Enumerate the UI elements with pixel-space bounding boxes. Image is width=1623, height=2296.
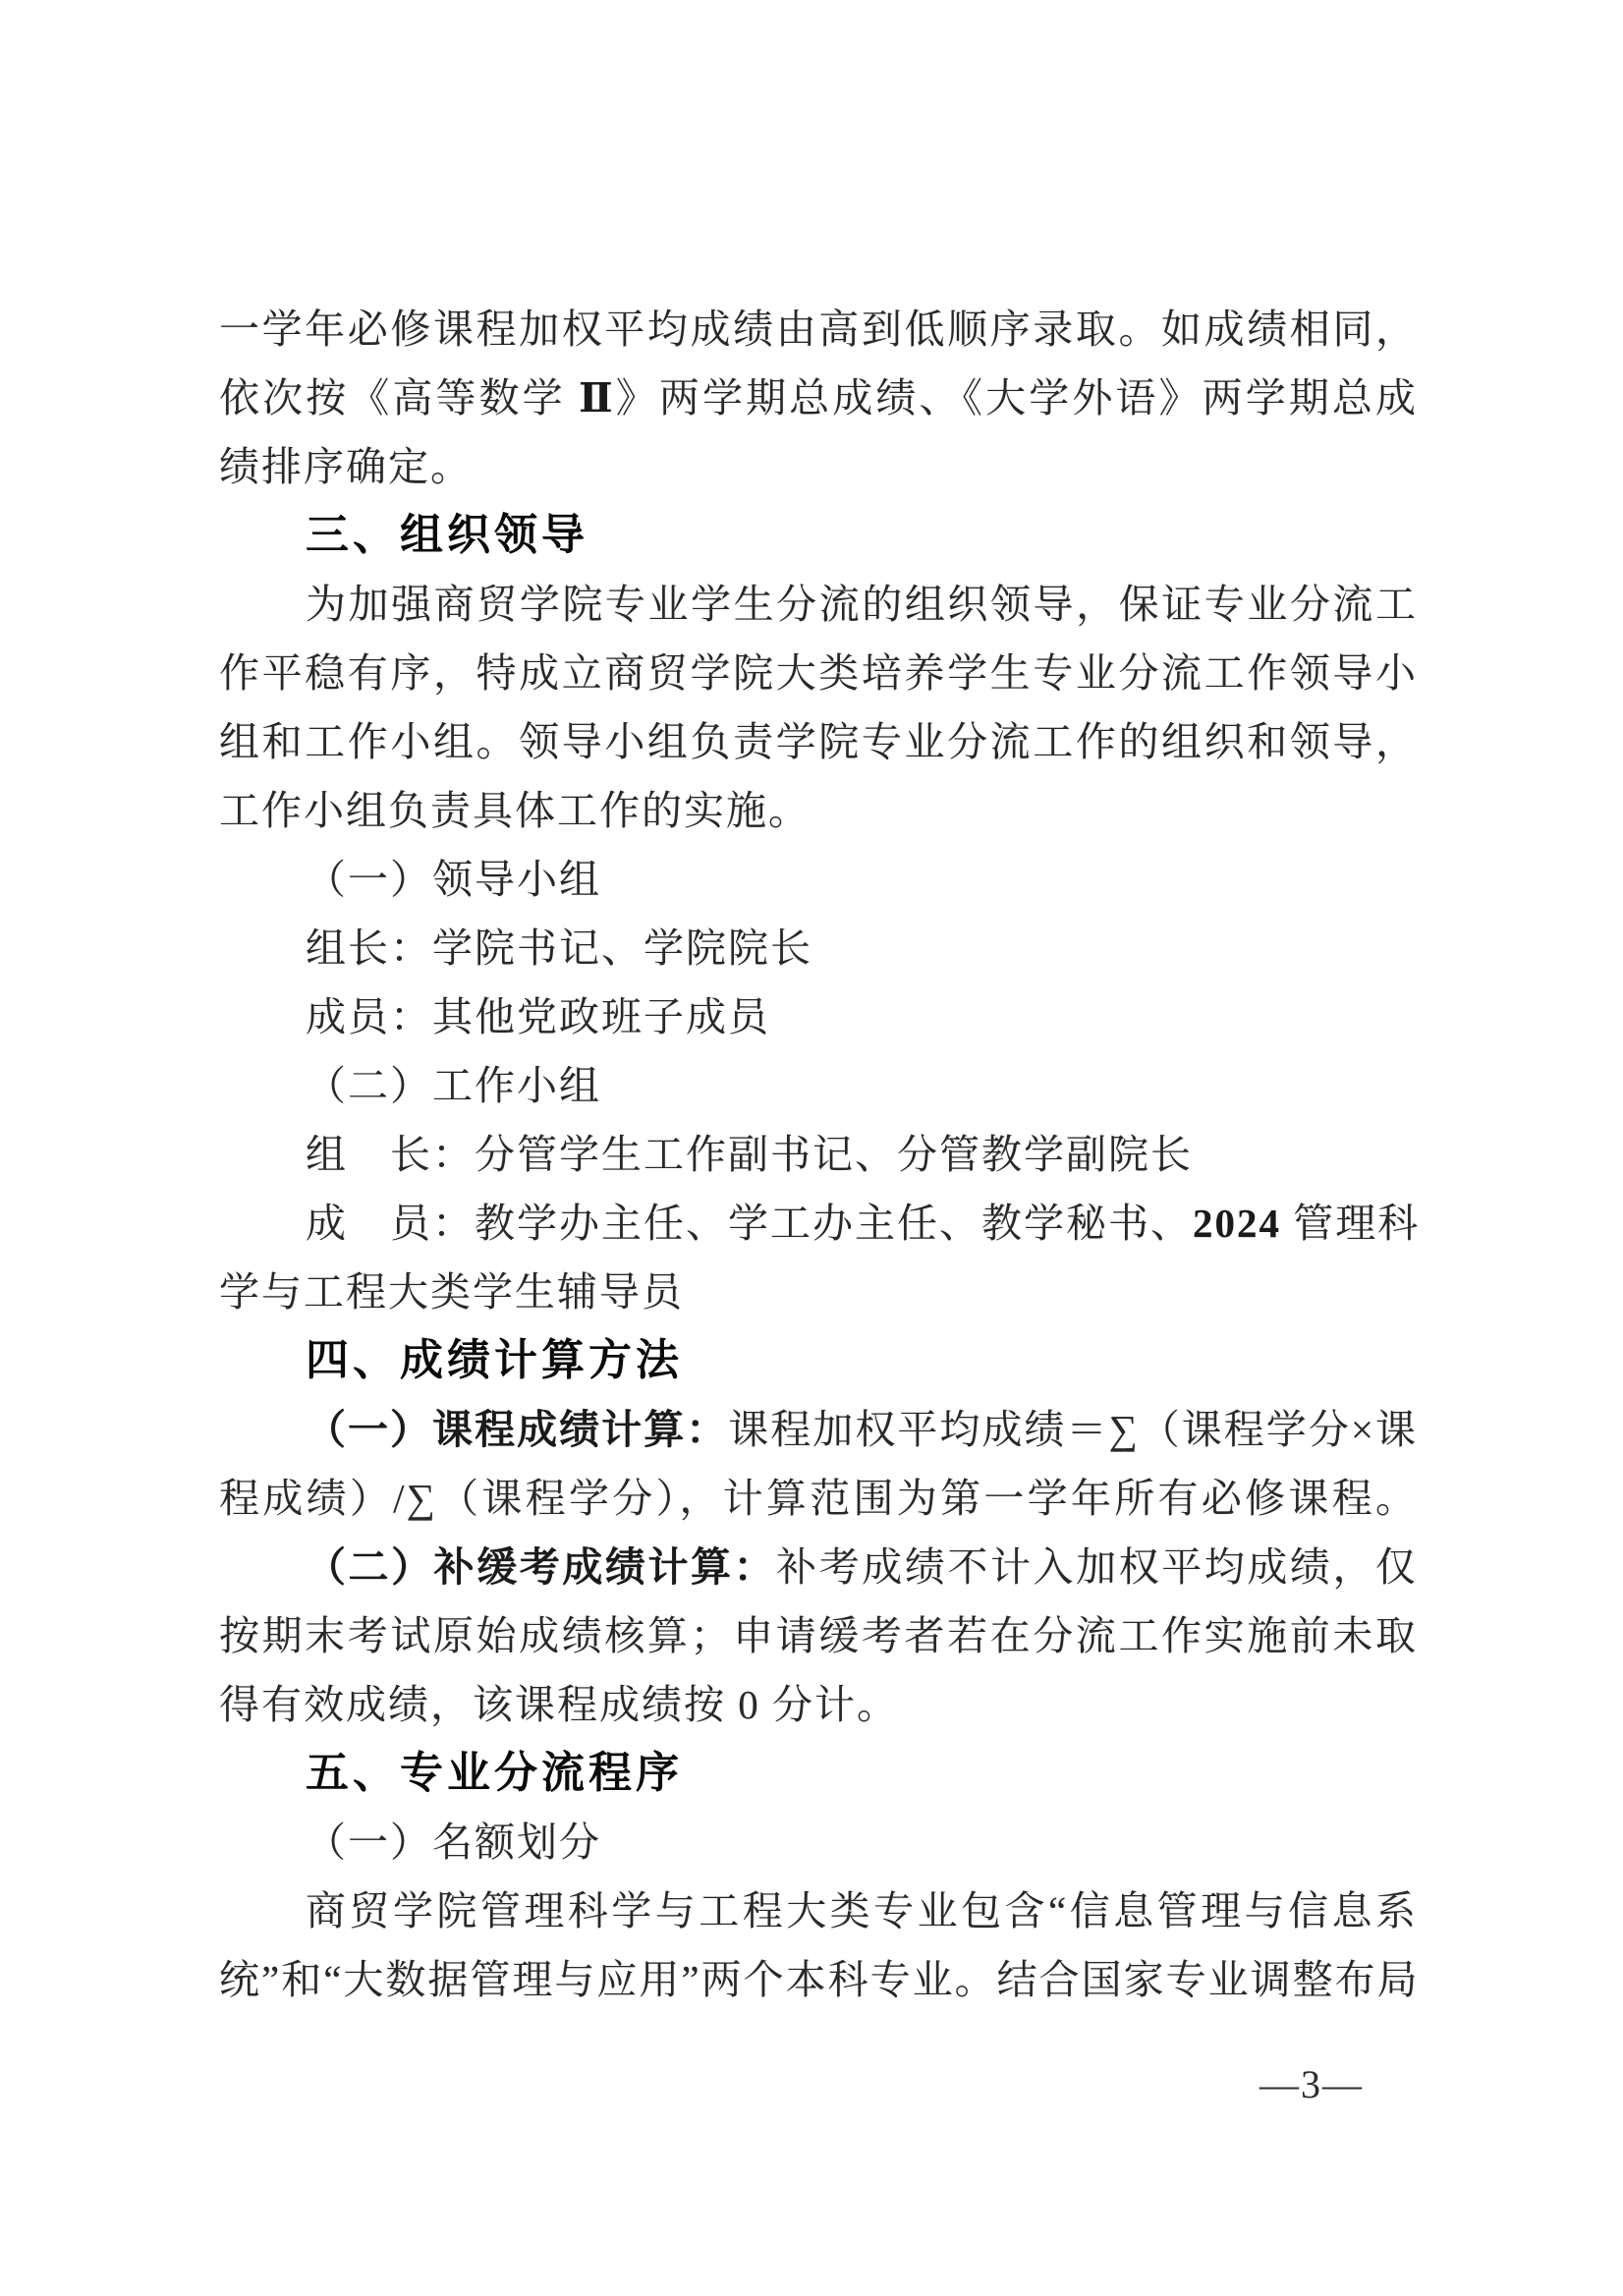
text-line: （一）课程成绩计算：课程加权平均成绩＝∑（课程学分×课 [219,1395,1418,1464]
text-segment: 2024 [1193,1201,1281,1246]
text-line: 程成绩）/∑（课程学分），计算范围为第一学年所有必修课程。 [219,1464,1418,1533]
text-segment: 成 员：教学办主任、学工办主任、教学秘书、 [306,1201,1193,1246]
text-segment: （二）工作小组 [306,1063,601,1108]
text-line: 组和工作小组。领导小组负责学院专业分流工作的组织和领导， [219,707,1418,776]
text-segment: Ⅱ [579,375,616,420]
text-segment: 按期末考试原始成绩核算；申请缓考者若在分流工作实施前未取 [219,1613,1418,1658]
text-line: 组 长：分管学生工作副书记、分管教学副院长 [219,1120,1418,1189]
text-segment: 学与工程大类学生辅导员 [219,1269,684,1315]
section-heading: 五、专业分流程序 [219,1739,1418,1808]
text-segment: 课程加权平均成绩＝∑（课程学分×课 [728,1407,1418,1452]
text-line: 作平稳有序，特成立商贸学院大类培养学生专业分流工作领导小 [219,639,1418,707]
text-segment: 统”和“大数据管理与应用”两个本科专业。结合国家专业调整布局 [219,1957,1420,2002]
page-number: —3— [1259,2061,1364,2108]
text-segment: 绩排序确定。 [219,444,473,489]
text-segment: 组长：学院书记、学院院长 [306,925,812,971]
section-heading: 三、组织领导 [219,501,1418,570]
text-line: 成 员：教学办主任、学工办主任、教学秘书、2024 管理科 [219,1189,1418,1258]
text-segment: 为加强商贸学院专业学生分流的组织领导，保证专业分流工 [306,582,1418,627]
text-segment: 管理科 [1281,1201,1420,1246]
text-segment: （二）补缓考成绩计算： [306,1544,776,1590]
text-segment: 工作小组负责具体工作的实施。 [219,788,811,833]
text-segment: 商贸学院管理科学与工程大类专业包含“信息管理与信息系 [306,1888,1418,1933]
text-segment: 得有效成绩，该课程成绩按 0 分计。 [219,1682,899,1727]
text-segment: 》两学期总成绩、《大学外语》两学期总成 [616,375,1418,420]
text-segment: 五、专业分流程序 [306,1749,683,1797]
text-line: 按期末考试原始成绩核算；申请缓考者若在分流工作实施前未取 [219,1601,1418,1670]
text-line: 商贸学院管理科学与工程大类专业包含“信息管理与信息系 [219,1876,1418,1945]
text-line: 得有效成绩，该课程成绩按 0 分计。 [219,1670,1418,1739]
text-segment: 依次按《高等数学 [219,375,579,420]
text-line: 学与工程大类学生辅导员 [219,1258,1418,1326]
document-page: 一学年必修课程加权平均成绩由高到低顺序录取。如成绩相同，依次按《高等数学 Ⅱ》两… [0,0,1623,2296]
text-line: 为加强商贸学院专业学生分流的组织领导，保证专业分流工 [219,570,1418,639]
text-segment: 组和工作小组。领导小组负责学院专业分流工作的组织和领导， [219,719,1418,764]
text-line: 工作小组负责具体工作的实施。 [219,776,1418,845]
text-segment: 一学年必修课程加权平均成绩由高到低顺序录取。如成绩相同， [219,307,1418,352]
text-segment: 程成绩）/∑（课程学分），计算范围为第一学年所有必修课程。 [219,1476,1418,1521]
text-segment: （一）课程成绩计算： [306,1407,728,1452]
text-line: （二）工作小组 [219,1051,1418,1120]
text-line: 成员：其他党政班子成员 [219,982,1418,1051]
text-line: 绩排序确定。 [219,432,1418,501]
text-segment: 组 长：分管学生工作副书记、分管教学副院长 [306,1132,1193,1177]
document-body: 一学年必修课程加权平均成绩由高到低顺序录取。如成绩相同，依次按《高等数学 Ⅱ》两… [219,295,1418,2014]
text-line: 依次按《高等数学 Ⅱ》两学期总成绩、《大学外语》两学期总成 [219,364,1418,432]
text-segment: （一）名额划分 [306,1820,601,1865]
text-segment: 补考成绩不计入加权平均成绩，仅 [776,1544,1418,1590]
text-line: （一）领导小组 [219,845,1418,914]
text-line: 统”和“大数据管理与应用”两个本科专业。结合国家专业调整布局 [219,1945,1418,2014]
section-heading: 四、成绩计算方法 [219,1326,1418,1395]
text-segment: 作平稳有序，特成立商贸学院大类培养学生专业分流工作领导小 [219,650,1418,696]
text-segment: （一）领导小组 [306,857,601,902]
text-line: （一）名额划分 [219,1808,1418,1876]
text-segment: 成员：其他党政班子成员 [306,994,770,1039]
text-line: 一学年必修课程加权平均成绩由高到低顺序录取。如成绩相同， [219,295,1418,364]
text-line: （二）补缓考成绩计算：补考成绩不计入加权平均成绩，仅 [219,1533,1418,1601]
text-segment: 三、组织领导 [306,511,588,559]
text-segment: 四、成绩计算方法 [306,1336,683,1384]
text-line: 组长：学院书记、学院院长 [219,914,1418,982]
